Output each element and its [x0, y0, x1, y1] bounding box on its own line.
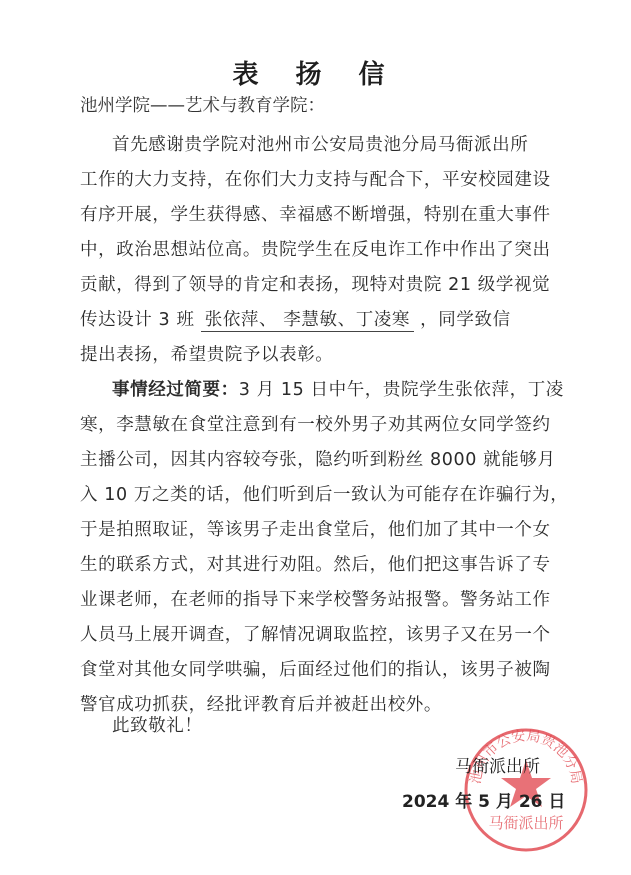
body-line: 工作的大力支持，在你们大力支持与配合下，平安校园建设 — [80, 166, 551, 191]
body-line: 生的联系方式，对其进行劝阻。然后，他们把这事告诉了专 — [80, 551, 551, 576]
body-line: 中，政治思想站位高。贵院学生在反电诈工作中作出了突出 — [80, 236, 551, 261]
body-line: 有序开展，学生获得感、幸福感不断增强，特别在重大事件 — [80, 201, 551, 226]
class-name-text: 传达设计 3 班 — [80, 310, 201, 330]
body-line: 人员马上展开调查，了解情况调取监控，该男子又在另一个 — [80, 621, 551, 646]
student-names: 张依萍、 李慧敏、丁凌寒 — [201, 306, 414, 332]
body-line: 事情经过简要：3 月 15 日中午，贵院学生张依萍，丁凌 — [112, 376, 564, 401]
signature-organization: 马衙派出所 — [455, 752, 540, 777]
body-line: 传达设计 3 班 张依萍、 李慧敏、丁凌寒 ，同学致信 — [80, 306, 511, 332]
body-line: 寒，李慧敏在食堂注意到有一校外男子劝其两位女同学签约 — [80, 411, 551, 436]
body-line: 业课老师，在老师的指导下来学校警务站报警。警务站工作 — [80, 586, 551, 611]
letter-title: 表 扬 信 — [0, 54, 631, 91]
body-line: 入 10 万之类的话，他们听到后一致认为可能存在诈骗行为， — [80, 481, 568, 506]
event-summary-heading: 事情经过简要： — [112, 380, 239, 400]
closing-text: 此致敬礼！ — [112, 712, 203, 737]
body-line: 首先感谢贵学院对池州市公安局贵池分局马衙派出所 — [112, 131, 528, 156]
body-line: 于是拍照取证，等该男子走出食堂后，他们加了其中一个女 — [80, 516, 551, 541]
event-summary-start: 3 月 15 日中午，贵院学生张依萍，丁凌 — [239, 380, 564, 400]
signature-date: 2024 年 5 月 26 日 — [402, 787, 565, 812]
line-suffix: ，同学致信 — [420, 310, 511, 330]
svg-text:马衙派出所: 马衙派出所 — [488, 814, 563, 832]
body-line: 贡献，得到了领导的肯定和表扬，现特对贵院 21 级学视觉 — [80, 271, 550, 296]
body-line: 提出表扬，希望贵院予以表彰。 — [80, 341, 333, 366]
body-line: 食堂对其他女同学哄骗，后面经过他们的指认，该男子被陶 — [80, 656, 551, 681]
salutation: 池州学院——艺术与教育学院： — [80, 92, 325, 117]
body-line: 主播公司，因其内容较夸张，隐约听到粉丝 8000 就能够月 — [80, 446, 556, 471]
